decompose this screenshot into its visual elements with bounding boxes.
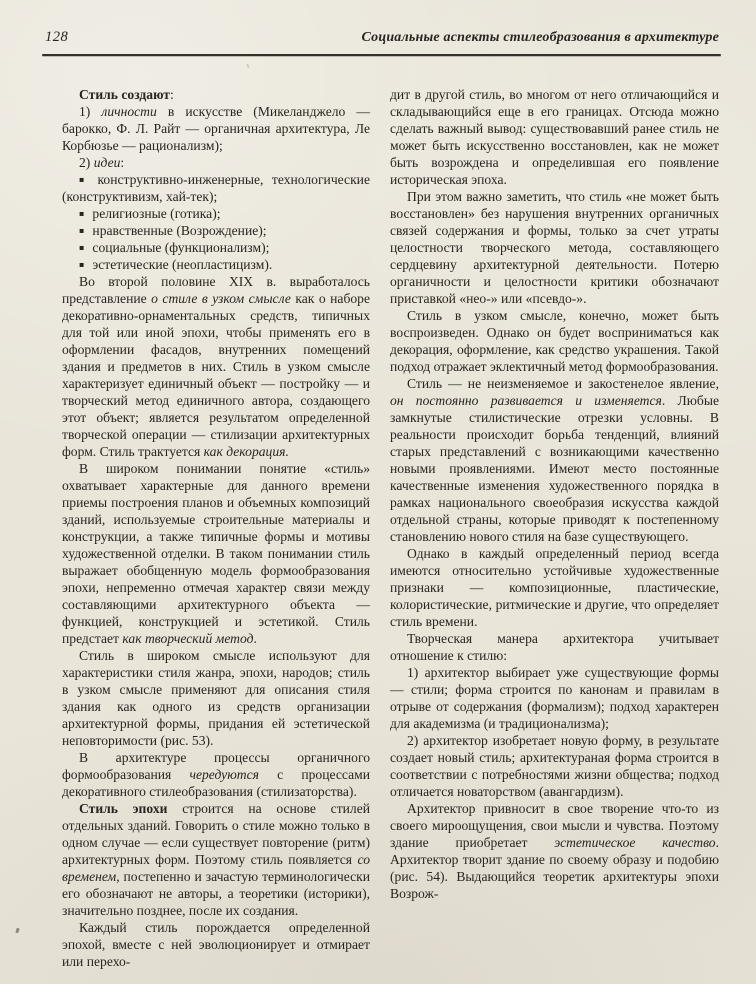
paragraph: ▪религиозные (готика); <box>62 205 370 222</box>
text-segment: . <box>253 631 256 646</box>
bullet-square-icon: ▪ <box>79 226 92 235</box>
scan-speck <box>15 928 19 934</box>
paragraph: Во второй половине XIX в. выработалось п… <box>62 273 370 460</box>
paragraph: Архитектор привносит в свое творение что… <box>390 800 719 902</box>
running-title: Социальные аспекты стилеобразования в ар… <box>362 30 720 46</box>
paragraph: 1) архитектор выбирает уже существующие … <box>390 664 719 732</box>
paragraph: Однако в каждый определенный период всег… <box>390 545 719 630</box>
bullet-square-icon: ▪ <box>79 209 92 218</box>
text-segment: о стиле в узком смысле <box>151 291 291 306</box>
text-segment: Стиль создают <box>79 87 170 102</box>
scan-speck <box>705 447 707 450</box>
text-segment: эстетические (неопластицизм). <box>92 257 272 272</box>
bullet-square-icon: ▪ <box>79 175 98 184</box>
book-page: 128 Социальные аспекты стилеобразования … <box>0 0 756 984</box>
text-segment: нравственные (Возрождение); <box>92 223 266 238</box>
paragraph: 2) идеи: <box>62 154 370 171</box>
text-segment: Стиль эпохи <box>79 801 167 816</box>
column-left: Стиль создают:1) личности в искусстве (М… <box>62 86 370 970</box>
text-segment: . Любые замкнутые стилистические отрезки… <box>390 393 719 544</box>
text-segment: личности <box>101 104 156 119</box>
column-right: дит в другой стиль, во многом от него от… <box>390 86 719 970</box>
text-segment: религиозные (готика); <box>92 206 220 221</box>
paragraph: ▪эстетические (неопластицизм). <box>62 256 370 273</box>
text-segment: : <box>120 155 124 170</box>
text-segment: Стиль в узком смысле, конечно, может быт… <box>390 308 719 374</box>
paragraph: Каждый стиль порождается определенной эп… <box>62 919 370 970</box>
text-segment: эстетическое качество <box>554 835 715 850</box>
paragraph: В широком понимании понятие «стиль» охва… <box>62 460 370 647</box>
text-segment: чередуются <box>189 767 259 782</box>
text-segment: конструктивно-инженерные, технологически… <box>62 172 370 204</box>
paragraph: Стиль создают: <box>62 86 370 103</box>
paragraph: 1) личности в искусстве (Микеланджело — … <box>62 103 370 154</box>
text-segment: как декорация. <box>204 444 289 459</box>
text-segment: 1) <box>79 104 101 119</box>
text-segment: социальные (функционализм); <box>92 240 269 255</box>
text-segment: Однако в каждый определенный период всег… <box>390 546 719 629</box>
text-segment: 1) архитектор выбирает уже существующие … <box>390 665 719 731</box>
paragraph: Стиль эпохи строится на основе стилей от… <box>62 800 370 919</box>
page-number: 128 <box>45 29 68 46</box>
paragraph: Стиль в широком смысле используют для ха… <box>62 647 370 749</box>
text-segment: как творческий метод <box>122 631 253 646</box>
paragraph: При этом важно заметить, что стиль «не м… <box>390 188 719 307</box>
text-segment: дит в другой стиль, во многом от него от… <box>390 87 719 187</box>
text-segment: 2) архитектор изобретает новую форму, в … <box>390 733 719 799</box>
text-segment: идеи <box>94 155 121 170</box>
text-segment: : <box>170 87 174 102</box>
paragraph: дит в другой стиль, во многом от него от… <box>390 86 719 188</box>
text-segment: При этом важно заметить, что стиль «не м… <box>390 189 719 306</box>
bullet-square-icon: ▪ <box>79 260 92 269</box>
paragraph: Стиль в узком смысле, конечно, может быт… <box>390 307 719 375</box>
scan-speck <box>246 64 249 68</box>
paragraph: ▪нравственные (Возрождение); <box>62 222 370 239</box>
text-columns: Стиль создают:1) личности в искусстве (М… <box>62 86 719 970</box>
text-segment: Стиль — не неизменяемое и закостенелое я… <box>407 376 719 391</box>
text-segment: Творческая манера архитектора учитывает … <box>390 631 719 663</box>
paragraph: Стиль — не неизменяемое и закостенелое я… <box>390 375 719 545</box>
header-rule <box>42 54 721 56</box>
text-segment: В широком понимании понятие «стиль» охва… <box>62 461 370 646</box>
paragraph: ▪социальные (функционализм); <box>62 239 370 256</box>
text-segment: Стиль в широком смысле используют для ха… <box>62 648 370 748</box>
bullet-square-icon: ▪ <box>79 243 92 252</box>
text-segment: 2) <box>79 155 94 170</box>
text-segment: Каждый стиль порождается определенной эп… <box>62 920 370 969</box>
paragraph: 2) архитектор изобретает новую форму, в … <box>390 732 719 800</box>
paragraph: В архитектуре процессы органичного формо… <box>62 749 370 800</box>
paragraph: Творческая манера архитектора учитывает … <box>390 630 719 664</box>
text-segment: он постоянно развивается и изменяется <box>390 393 662 408</box>
paragraph: ▪конструктивно-инженерные, технологическ… <box>62 171 370 205</box>
text-segment: как о наборе декоративно-орнаментальных … <box>62 291 370 459</box>
